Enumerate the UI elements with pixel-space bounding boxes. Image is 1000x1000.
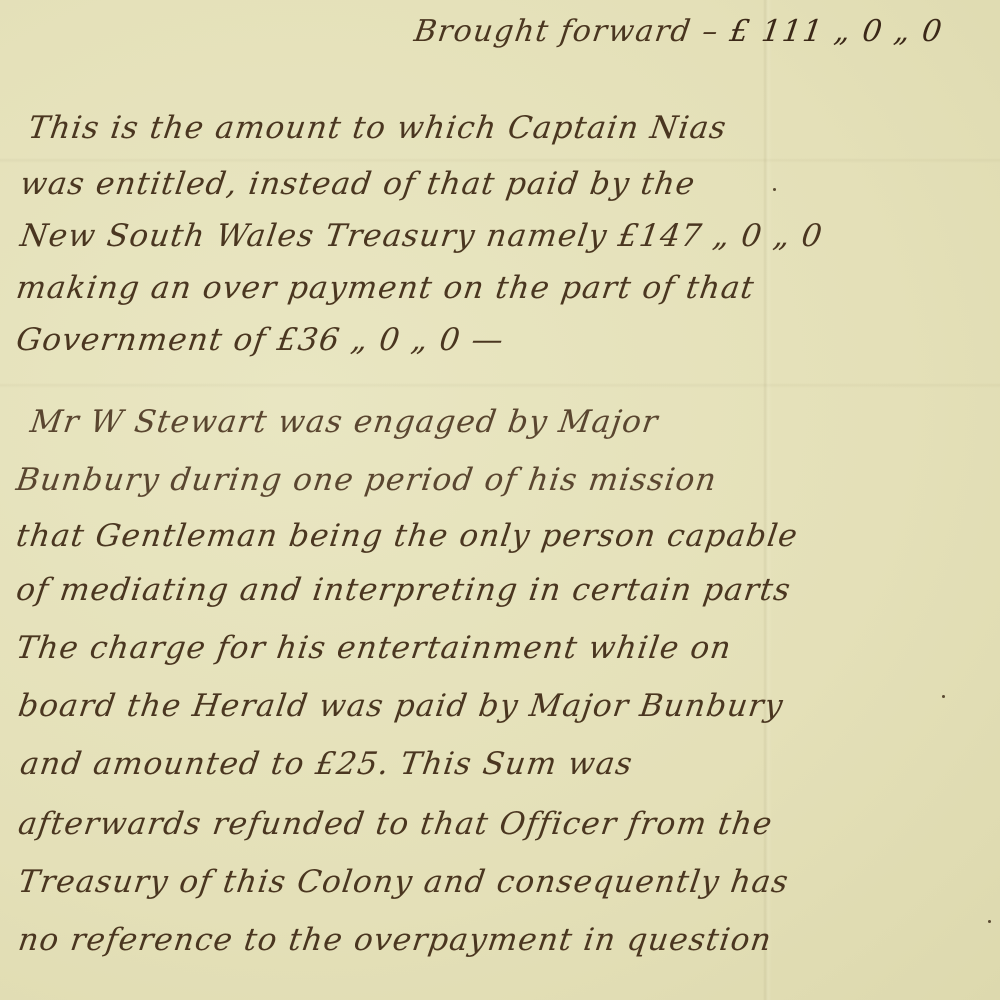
- paragraph-2-line-4: of mediating and interpreting in certain…: [14, 572, 793, 608]
- paragraph-2-line-3: that Gentleman being the only person cap…: [14, 518, 801, 554]
- paragraph-2-line-6: board the Herald was paid by Major Bunbu…: [16, 688, 786, 724]
- ink-speck: [988, 920, 991, 923]
- ink-speck: [942, 695, 945, 698]
- paragraph-2-line-8: afterwards refunded to that Officer from…: [16, 806, 775, 842]
- paragraph-1-line-3: New South Wales Treasury namely £147 „ 0…: [18, 218, 825, 254]
- header-dash: –: [700, 14, 721, 49]
- paragraph-2-line-7: and amounted to £25. This Sum was: [18, 746, 635, 782]
- manuscript-page: Brought forward – £ 111 „ 0 „ 0 This is …: [0, 0, 1000, 1000]
- brought-forward-amount: £ 111 „ 0 „ 0: [728, 14, 946, 49]
- paragraph-1-line-4: making an over payment on the part of th…: [14, 270, 757, 306]
- paragraph-2-line-2: Bunbury during one period of his mission: [14, 462, 719, 498]
- paragraph-2-line-10: no reference to the overpayment in quest…: [16, 922, 774, 958]
- paragraph-2-line-1: Mr W Stewart was engaged by Major: [28, 404, 661, 440]
- paragraph-2-line-9: Treasury of this Colony and consequently…: [16, 864, 791, 900]
- paragraph-2-line-5: The charge for his entertainment while o…: [14, 630, 734, 666]
- ink-speck: [773, 188, 776, 191]
- paragraph-1-line-2: was entitled, instead of that paid by th…: [18, 166, 698, 202]
- brought-forward-label: Brought forward: [412, 14, 694, 49]
- brought-forward-header: Brought forward – £ 111 „ 0 „ 0: [412, 14, 945, 49]
- paragraph-1-line-1: This is the amount to which Captain Nias: [26, 110, 729, 146]
- paragraph-1-line-5: Government of £36 „ 0 „ 0 —: [14, 322, 507, 358]
